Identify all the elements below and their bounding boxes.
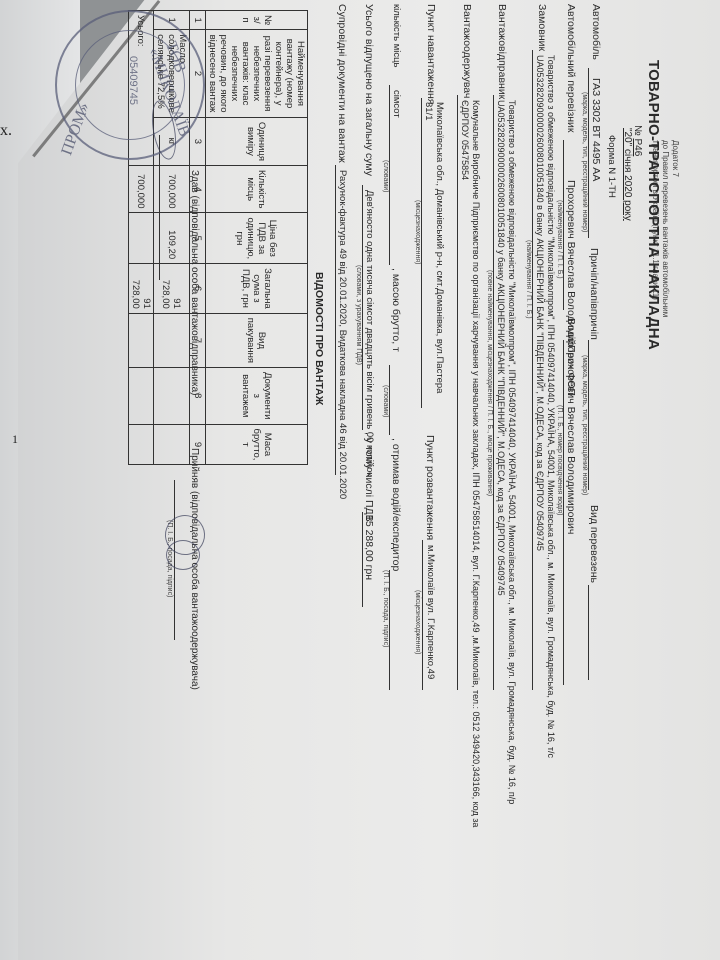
loading-point-line-2: 31/1 — [423, 102, 434, 121]
loading-point-line-1: Миколаївська обл., Доманівський р-н, смт… — [434, 102, 445, 393]
vat-value: 15 288,00 грн — [363, 515, 375, 580]
cargo-total-sum: 91 728,00 — [129, 264, 154, 314]
waybill-document: Додаток 7 до Правил перевезень вантажів … — [0, 0, 720, 960]
cargo-cell-gross-weight — [154, 424, 190, 465]
places-value: сімсот — [391, 90, 402, 118]
customer-hint: (найменування / П. І. Б.) — [525, 240, 532, 319]
unloading-point-value: м.Миколаїв вул. Г.Карпенко,49 — [425, 545, 436, 679]
consignee-line-2: ЄДРПОУ 05475854 — [460, 100, 470, 180]
col-header-qty: Кількість місць — [206, 166, 308, 213]
col-header-total: Загальна сума з ПДВ, грн — [206, 264, 308, 314]
shipper-line-2: UA053282090000026008010051840 у банку АК… — [496, 100, 506, 596]
shipper-line-1: Товариство з обмеженою відповідальністю … — [507, 100, 517, 804]
unloading-point-label: Пункт розвантаження — [424, 435, 436, 540]
stamp-text-bottom: ПРОМ» — [58, 101, 94, 158]
gross-weight-hint: (словами) — [382, 385, 389, 417]
appendix-line-1: Додаток 7 — [671, 140, 680, 177]
total-sum-hint: (словами, з урахуванням ПДВ) — [355, 265, 362, 365]
accepted-label: Прийняв (відповідальна особа вантажоодер… — [189, 448, 200, 690]
loading-point-label: Пункт навантаження — [425, 4, 437, 104]
shipper-label: Вантажовідправник — [496, 4, 508, 99]
shipper-hint: (повне найменування, місцезнаходження / … — [486, 270, 493, 496]
document-number: № Р46 — [632, 125, 643, 156]
customer-line-2: UA053282090000026008010051840 в банку АК… — [535, 55, 545, 551]
vehicle-hint: (марка, модель, тип, реєстраційний номер… — [581, 92, 588, 232]
transport-type-label: Вид перевезень — [588, 505, 600, 583]
consignee-label: Вантажоодержувач — [461, 4, 473, 98]
driver-hint: (П. І. Б., номер посвідчення водія) — [556, 405, 563, 516]
loading-point-hint: (місцезнаходження) — [414, 200, 421, 265]
stamp-code: 05409745 — [127, 56, 139, 105]
gross-weight-label: , масою брутто, т — [390, 268, 402, 352]
col-header-price: Ціна без ПДВ за одиницю, грн — [206, 213, 308, 264]
col-header-documents: Документи з вантажем — [206, 368, 308, 424]
document-number-value: Р46 — [632, 139, 643, 157]
company-stamp: ТОВ «МИКОЛАЇВ ПРОМ» 05409745 — [55, 10, 205, 160]
places-label: кількість місць — [391, 4, 402, 68]
col-header-unit: Одиниця виміру — [206, 117, 308, 165]
form-number: Форма N 1-ТН — [606, 135, 617, 198]
received-by-hint: (П. І. Б., посада, підпис) — [382, 570, 389, 647]
cargo-section-title: ВІДОМОСТІ ПРО ВАНТАЖ — [313, 272, 325, 405]
col-header-packaging: Вид пакування — [206, 313, 308, 367]
trailer-hint: (марка, модель, тип, реєстраційний номер… — [581, 355, 588, 495]
cargo-cell-packaging — [154, 313, 190, 367]
col-header-gross-weight: Маса брутто, т — [206, 424, 308, 465]
handed-over-label: Здав (відповідальна особа вантажовідправ… — [189, 170, 200, 396]
cargo-total-qty: 700,000 — [129, 166, 154, 213]
customer-line-1: Товариство з обмеженою відповідальністю … — [546, 55, 556, 758]
carrier-hint: (найменування / П. І. Б.) — [556, 200, 563, 279]
appendix-line-2: до Правил перевезень вантажів автомобіль… — [661, 140, 670, 317]
driver-value: Прохоревич Вячеслав Володимирович — [565, 345, 577, 534]
carrier-label: Автомобільний перевізник — [565, 4, 577, 133]
cargo-cell-documents — [154, 368, 190, 424]
trailer-label: Причіп/напівпричіп — [588, 248, 600, 340]
vehicle-label: Автомобіль — [590, 4, 602, 60]
accompanying-docs-label: Супровідні документи на вантаж — [336, 4, 348, 163]
unloading-point-hint: (місцезнаходження) — [414, 590, 421, 655]
accompanying-docs-value: Рахунок-фактура 49 від 20.01.2020, Видат… — [337, 170, 348, 499]
received-by-label: , отримав водій/експедитор — [390, 438, 402, 571]
consignee-signature-2 — [166, 540, 200, 570]
driver-label: Водій — [565, 318, 577, 345]
vehicle-value: ГАЗ 3302 ВТ 4495 АА — [590, 78, 602, 181]
consignee-line-1: Комунальне Виробниче Підприємство по орг… — [471, 100, 481, 827]
col-header-name: Найменування вантажу (номер контейнера),… — [206, 30, 308, 118]
cargo-header-row: № з/п Найменування вантажу (номер контей… — [206, 11, 308, 465]
col-header-no: № з/п — [206, 11, 308, 30]
document-title: ТОВАРНО-ТРАНСПОРТНА НАКЛАДНА — [645, 60, 662, 350]
vat-label: , у тому числі ПДВ — [363, 432, 375, 522]
document-date: "20" січня 2020 року — [622, 128, 633, 221]
customer-label: Замовник — [536, 4, 548, 51]
total-sum-label: Усього відпущено на загальну суму — [363, 4, 375, 176]
places-hint: (словами) — [382, 160, 389, 192]
